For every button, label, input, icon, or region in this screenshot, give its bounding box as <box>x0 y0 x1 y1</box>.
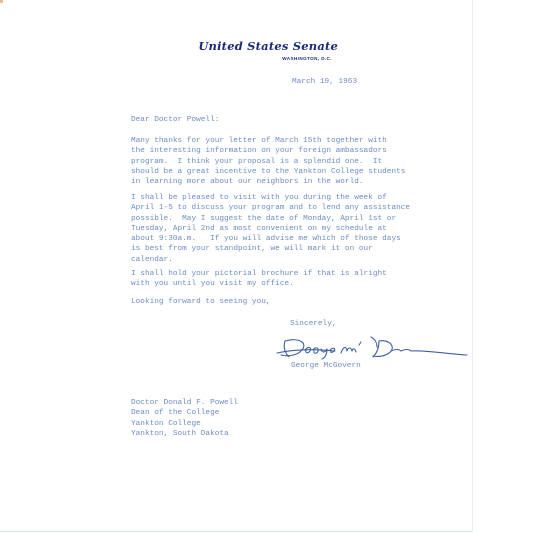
text-line: calendar. <box>131 255 410 265</box>
text-line: should be a great incentive to the Yankt… <box>131 167 405 177</box>
letter-date: March 19, 1963 <box>292 77 357 87</box>
letterhead: United States Senate WASHINGTON, D.C. <box>198 40 338 62</box>
text-line: possible. May I suggest the date of Mond… <box>131 214 410 224</box>
text-line: April 1-5 to discuss your program and to… <box>131 203 410 213</box>
text-line: Dean of the College <box>131 408 238 418</box>
text-line: Many thanks for your letter of March 15t… <box>131 136 405 146</box>
recipient-address: Doctor Donald F. PowellDean of the Colle… <box>131 398 238 439</box>
text-line: program. I think your proposal is a sple… <box>131 157 405 167</box>
paragraph-1: Many thanks for your letter of March 15t… <box>131 136 405 187</box>
text-line: Tuesday, April 2nd as most convenient on… <box>131 224 410 234</box>
letterhead-location: WASHINGTON, D.C. <box>198 56 332 62</box>
text-line: is best from your standpoint, we will ma… <box>131 244 410 254</box>
signer-name: George McGovern <box>291 361 361 371</box>
paragraph-3: I shall hold your pictorial brochure if … <box>131 269 387 290</box>
salutation: Dear Doctor Powell: <box>131 115 219 125</box>
letterhead-title: United States Senate <box>198 40 338 53</box>
signature-icon <box>275 333 470 363</box>
letter-page: United States Senate WASHINGTON, D.C. Ma… <box>0 0 473 532</box>
text-line: I shall be pleased to visit with you dur… <box>131 193 410 203</box>
text-line: Yankton College <box>131 419 238 429</box>
text-line: I shall hold your pictorial brochure if … <box>131 269 387 279</box>
text-line: Doctor Donald F. Powell <box>131 398 238 408</box>
text-line: in learning more about our neighbors in … <box>131 177 405 187</box>
text-line: the interesting information on your fore… <box>131 146 405 156</box>
text-line: about 9:30a.m. If you will advise me whi… <box>131 234 410 244</box>
text-line: Looking forward to seeing you, <box>131 297 271 307</box>
text-line: Yankton, South Dakota <box>131 429 238 439</box>
paragraph-2: I shall be pleased to visit with you dur… <box>131 193 410 265</box>
paragraph-4: Looking forward to seeing you, <box>131 297 271 307</box>
corner-mark <box>0 0 3 3</box>
text-line: with you until you visit my office. <box>131 279 387 289</box>
closing: Sincerely, <box>290 319 337 329</box>
